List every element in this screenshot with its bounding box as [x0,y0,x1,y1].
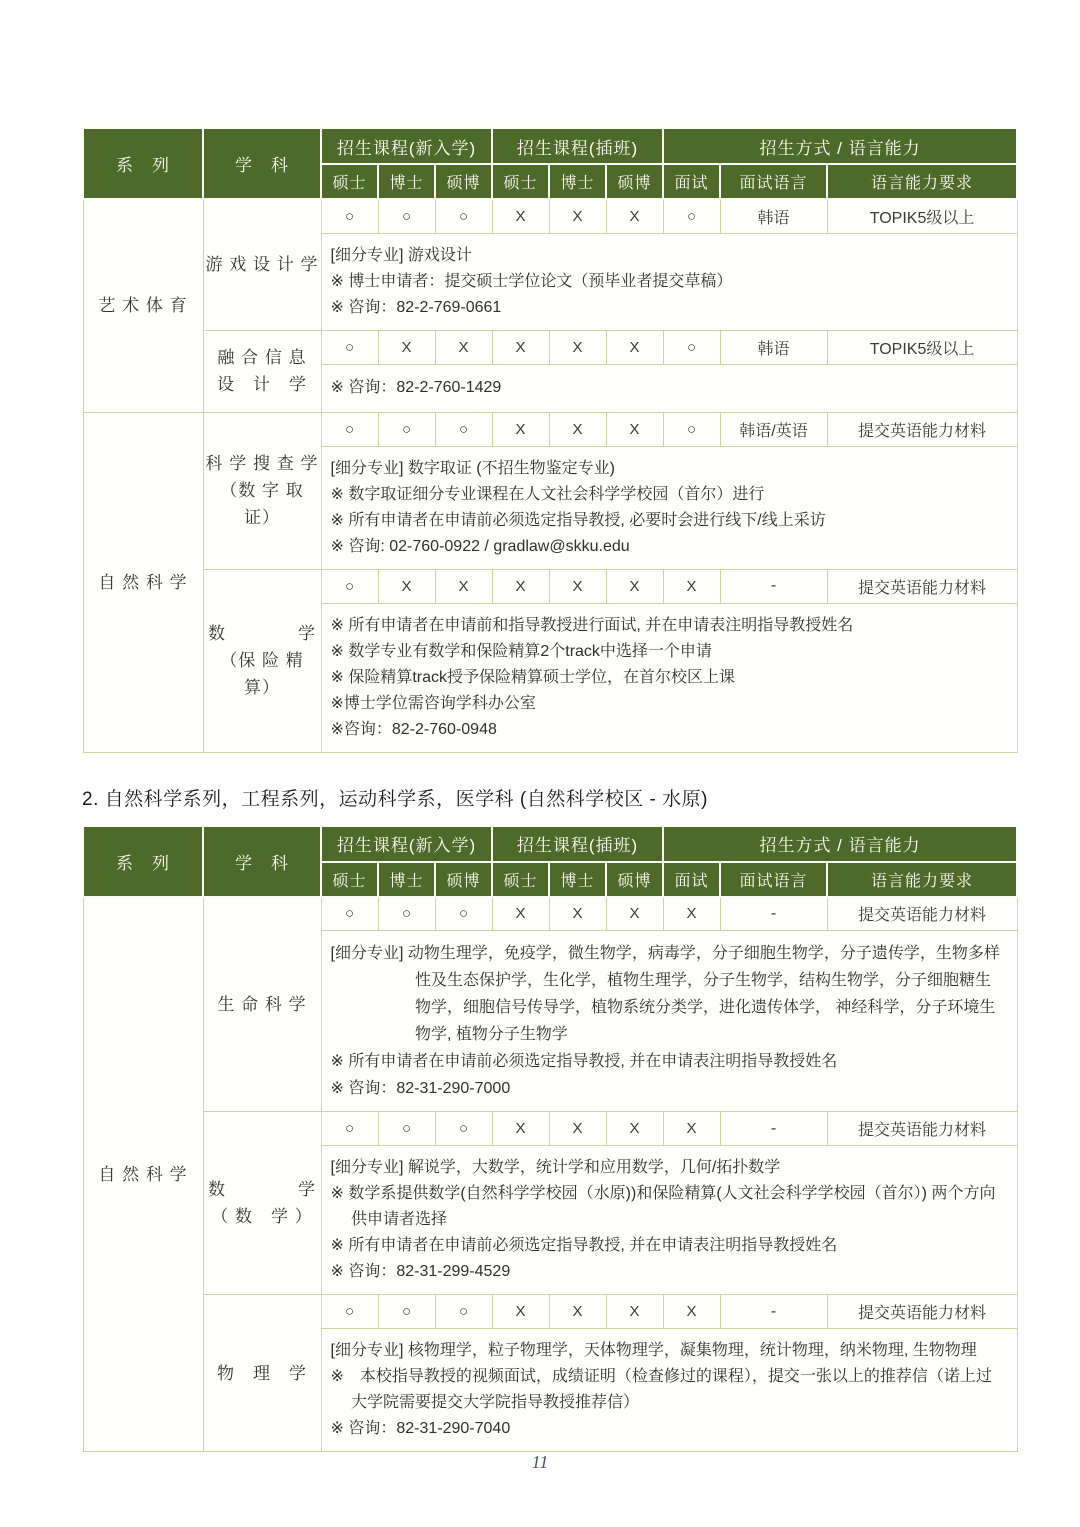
header-master-new: 硕士 [321,164,378,199]
mark-cell: ○ [321,412,378,446]
table-row: 数 学 （ 数 学 ） ○ ○ ○ X X X X - 提交英语能力材料 [83,1112,1017,1146]
interview-language-cell: - [720,897,827,931]
language-requirement-cell: 提交英语能力材料 [827,897,1017,931]
mark-cell: X [663,569,720,603]
mark-cell: X [492,412,549,446]
mark-cell: X [606,330,663,364]
table-row: 自 然 科 学 科 学 搜 查 学 （数 字 取 证） ○ ○ ○ X X X … [83,412,1017,446]
series-cell-natural-science: 自 然 科 学 [83,412,203,752]
mark-cell: X [663,1295,720,1329]
subject-cell-math-math: 数 学 （ 数 学 ） [203,1112,321,1295]
notes-cell-math-actuarial: ※ 所有申请者在申请前和指导教授进行面试, 并在申请表注明指导教授姓名 ※ 数学… [321,603,1017,752]
mark-cell: X [549,569,606,603]
mark-cell: ○ [378,412,435,446]
interview-language-cell: 韩语 [720,330,827,364]
table-row: 数 学 （保 险 精 算） ○ X X X X X X - 提交英语能力材料 [83,569,1017,603]
header-doctor-new: 博士 [378,862,435,897]
mark-cell: ○ [435,199,492,233]
mark-cell: X [606,1112,663,1146]
header-interview: 面试 [663,164,720,199]
mark-cell: X [492,199,549,233]
header-group-method: 招生方式 / 语言能力 [663,826,1017,862]
header-master-transfer: 硕士 [492,164,549,199]
notes-cell-physics: [细分专业] 核物理学，粒子物理学，天体物理学，凝集物理，统计物理，纳米物理, … [321,1329,1017,1452]
header-interview: 面试 [663,862,720,897]
mark-cell: X [435,330,492,364]
header-interview-language: 面试语言 [720,862,827,897]
header-master-transfer: 硕士 [492,862,549,897]
mark-cell: X [378,330,435,364]
table-row: 物 理 学 ○ ○ ○ X X X X - 提交英语能力材料 [83,1295,1017,1329]
mark-cell: X [606,199,663,233]
header-group-transfer: 招生课程(插班) [492,128,663,164]
mark-cell: X [492,1295,549,1329]
notes-cell-life-science: [细分专业] 动物生理学，免疫学，微生物学，病毒学，分子细胞生物学，分子遗传学，… [321,931,1017,1112]
header-doctor-new: 博士 [378,164,435,199]
language-requirement-cell: 提交英语能力材料 [827,1112,1017,1146]
header-combined-transfer: 硕博 [606,862,663,897]
mark-cell: X [378,569,435,603]
language-requirement-cell: 提交英语能力材料 [827,412,1017,446]
header-combined-new: 硕博 [435,164,492,199]
header-series: 系 列 [83,128,203,199]
mark-cell: X [549,1295,606,1329]
page-content: 系 列 学 科 招生课程(新入学) 招生课程(插班) 招生方式 / 语言能力 硕… [82,127,1016,1452]
interview-language-cell: 韩语 [720,199,827,233]
mark-cell: ○ [378,897,435,931]
subject-cell-game-design: 游 戏 设 计 学 [203,199,321,330]
mark-cell: X [492,1112,549,1146]
mark-cell: ○ [321,1295,378,1329]
notes-cell-game-design: [细分专业] 游戏设计 ※ 博士申请者：提交硕士学位论文（预毕业者提交草稿） ※… [321,233,1017,330]
mark-cell: X [663,1112,720,1146]
header-doctor-transfer: 博士 [549,862,606,897]
mark-cell: X [549,1112,606,1146]
mark-cell: ○ [435,412,492,446]
language-requirement-cell: 提交英语能力材料 [827,569,1017,603]
mark-cell: X [492,897,549,931]
mark-cell: X [606,1295,663,1329]
header-language-requirement: 语言能力要求 [827,164,1017,199]
mark-cell: ○ [321,569,378,603]
mark-cell: X [492,569,549,603]
header-group-transfer: 招生课程(插班) [492,826,663,862]
subject-cell-physics: 物 理 学 [203,1295,321,1452]
mark-cell: X [606,412,663,446]
notes-cell-convergence-info-design: ※ 咨询：82-2-760-1429 [321,364,1017,412]
mark-cell: ○ [378,199,435,233]
notes-cell-math-math: [细分专业] 解说学，大数学，统计学和应用数学，几何/拓扑数学 ※ 数学系提供数… [321,1146,1017,1295]
language-requirement-cell: 提交英语能力材料 [827,1295,1017,1329]
mark-cell: ○ [435,1112,492,1146]
series-cell-natural-science: 自 然 科 学 [83,897,203,1452]
header-subject: 学 科 [203,826,321,897]
mark-cell: X [549,412,606,446]
mark-cell: X [549,330,606,364]
subject-cell-convergence-info-design: 融 合 信 息 设 计 学 [203,330,321,412]
mark-cell: ○ [663,199,720,233]
mark-cell: ○ [321,1112,378,1146]
language-requirement-cell: TOPIK5级以上 [827,199,1017,233]
subject-cell-math-actuarial: 数 学 （保 险 精 算） [203,569,321,752]
mark-cell: X [492,330,549,364]
header-combined-new: 硕博 [435,862,492,897]
mark-cell: X [549,897,606,931]
page-number: 11 [0,1452,1080,1473]
header-combined-transfer: 硕博 [606,164,663,199]
table-row: 自 然 科 学 生 命 科 学 ○ ○ ○ X X X X - 提交英语能力材料 [83,897,1017,931]
header-group-method: 招生方式 / 语言能力 [663,128,1017,164]
subject-cell-life-science: 生 命 科 学 [203,897,321,1112]
mark-cell: X [663,897,720,931]
mark-cell: ○ [321,330,378,364]
mark-cell: ○ [435,897,492,931]
notes-cell-forensic-science: [细分专业] 数字取证 (不招生物鉴定专业) ※ 数字取证细分专业课程在人文社会… [321,446,1017,569]
interview-language-cell: 韩语/英语 [720,412,827,446]
section-2-title: 2. 自然科学系列，工程系列，运动科学系，医学科 (自然科学校区 - 水原) [82,784,1016,811]
admissions-table-2: 系 列 学 科 招生课程(新入学) 招生课程(插班) 招生方式 / 语言能力 硕… [82,825,1018,1453]
series-cell-arts-sports: 艺 术 体 育 [83,199,203,412]
mark-cell: X [549,199,606,233]
header-group-new-entry: 招生课程(新入学) [321,128,492,164]
mark-cell: ○ [378,1295,435,1329]
mark-cell: ○ [663,330,720,364]
interview-language-cell: - [720,1112,827,1146]
header-doctor-transfer: 博士 [549,164,606,199]
header-group-new-entry: 招生课程(新入学) [321,826,492,862]
header-interview-language: 面试语言 [720,164,827,199]
table-row: 融 合 信 息 设 计 学 ○ X X X X X ○ 韩语 TOPIK5级以上 [83,330,1017,364]
mark-cell: ○ [435,1295,492,1329]
table-row: 艺 术 体 育 游 戏 设 计 学 ○ ○ ○ X X X ○ 韩语 TOPIK… [83,199,1017,233]
mark-cell: X [606,897,663,931]
header-language-requirement: 语言能力要求 [827,862,1017,897]
interview-language-cell: - [720,569,827,603]
mark-cell: ○ [321,199,378,233]
mark-cell: X [435,569,492,603]
subject-cell-forensic-science: 科 学 搜 查 学 （数 字 取 证） [203,412,321,569]
admissions-table-1: 系 列 学 科 招生课程(新入学) 招生课程(插班) 招生方式 / 语言能力 硕… [82,127,1018,753]
mark-cell: ○ [663,412,720,446]
header-subject: 学 科 [203,128,321,199]
document-page: 系 列 学 科 招生课程(新入学) 招生课程(插班) 招生方式 / 语言能力 硕… [0,0,1080,1527]
mark-cell: ○ [378,1112,435,1146]
language-requirement-cell: TOPIK5级以上 [827,330,1017,364]
header-series: 系 列 [83,826,203,897]
mark-cell: ○ [321,897,378,931]
header-master-new: 硕士 [321,862,378,897]
mark-cell: X [606,569,663,603]
interview-language-cell: - [720,1295,827,1329]
